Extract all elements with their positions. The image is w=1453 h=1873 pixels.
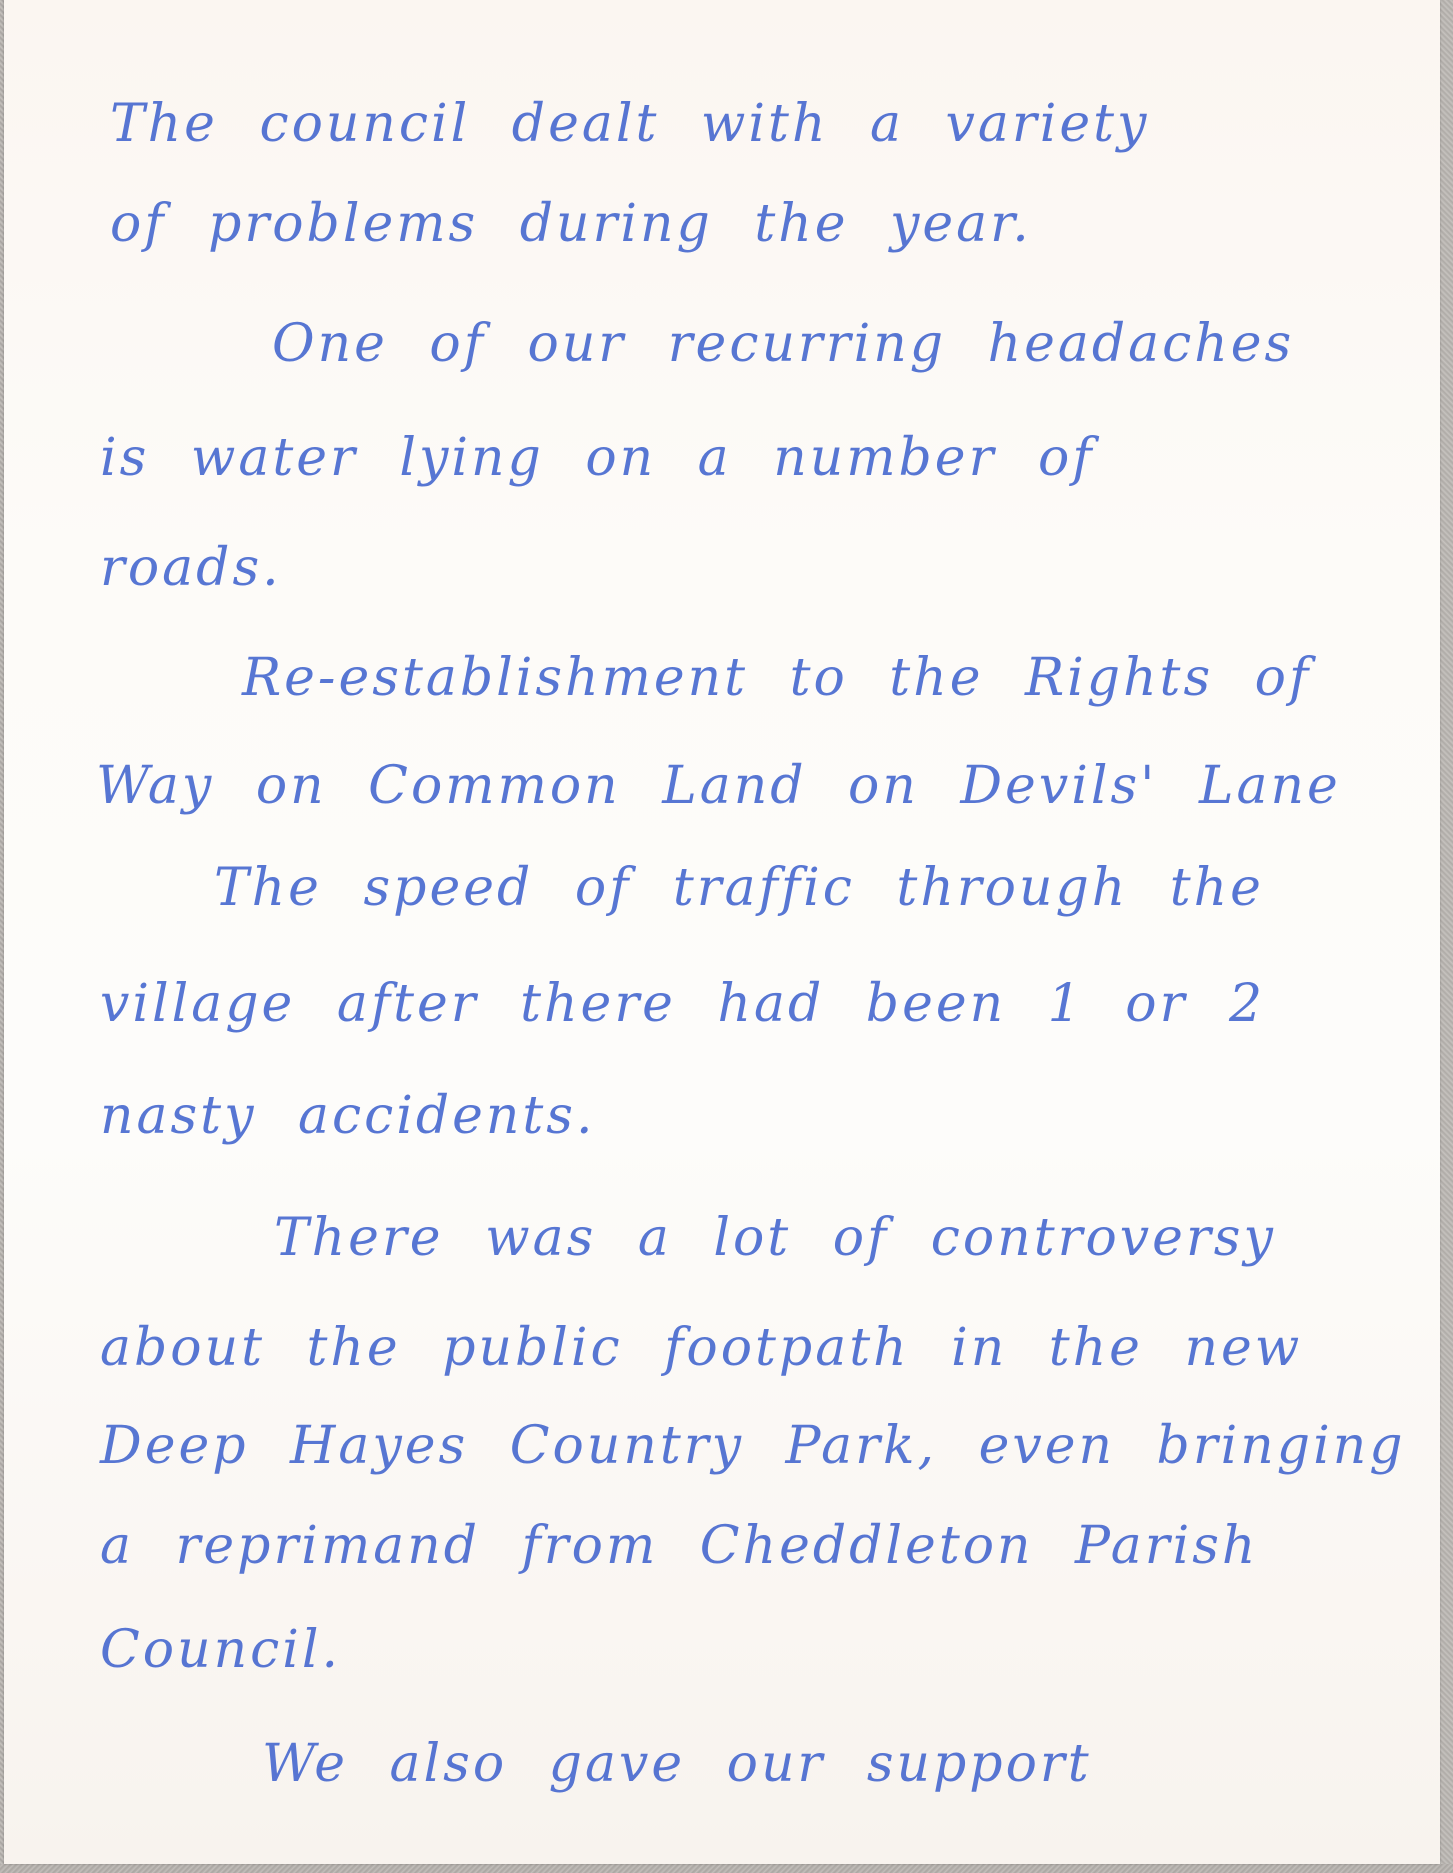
- text-line: of problems during the year.: [110, 198, 1032, 250]
- text-line: There was a lot of controversy: [274, 1212, 1276, 1264]
- text-line: The council dealt with a variety: [110, 98, 1149, 150]
- text-line: roads.: [100, 542, 282, 594]
- text-line: One of our recurring headaches: [272, 318, 1294, 370]
- text-line: Deep Hayes Country Park, even bringing: [100, 1420, 1406, 1472]
- text-line: Re-establishment to the Rights of: [242, 652, 1311, 704]
- text-line: Way on Common Land on Devils' Lane: [96, 760, 1341, 812]
- handwritten-page: The council dealt with a variety of prob…: [4, 0, 1440, 1864]
- background-surface-right: [1440, 0, 1453, 1873]
- text-line: Council.: [100, 1624, 341, 1676]
- text-line: about the public footpath in the new: [100, 1322, 1302, 1374]
- text-line: We also gave our support: [262, 1738, 1092, 1790]
- text-line: a reprimand from Cheddleton Parish: [100, 1520, 1258, 1572]
- text-line: is water lying on a number of: [100, 432, 1095, 484]
- background-surface-bottom: [0, 1864, 1453, 1873]
- text-line: The speed of traffic through the: [214, 862, 1264, 914]
- text-line: nasty accidents.: [100, 1090, 596, 1142]
- text-line: village after there had been 1 or 2: [100, 978, 1265, 1030]
